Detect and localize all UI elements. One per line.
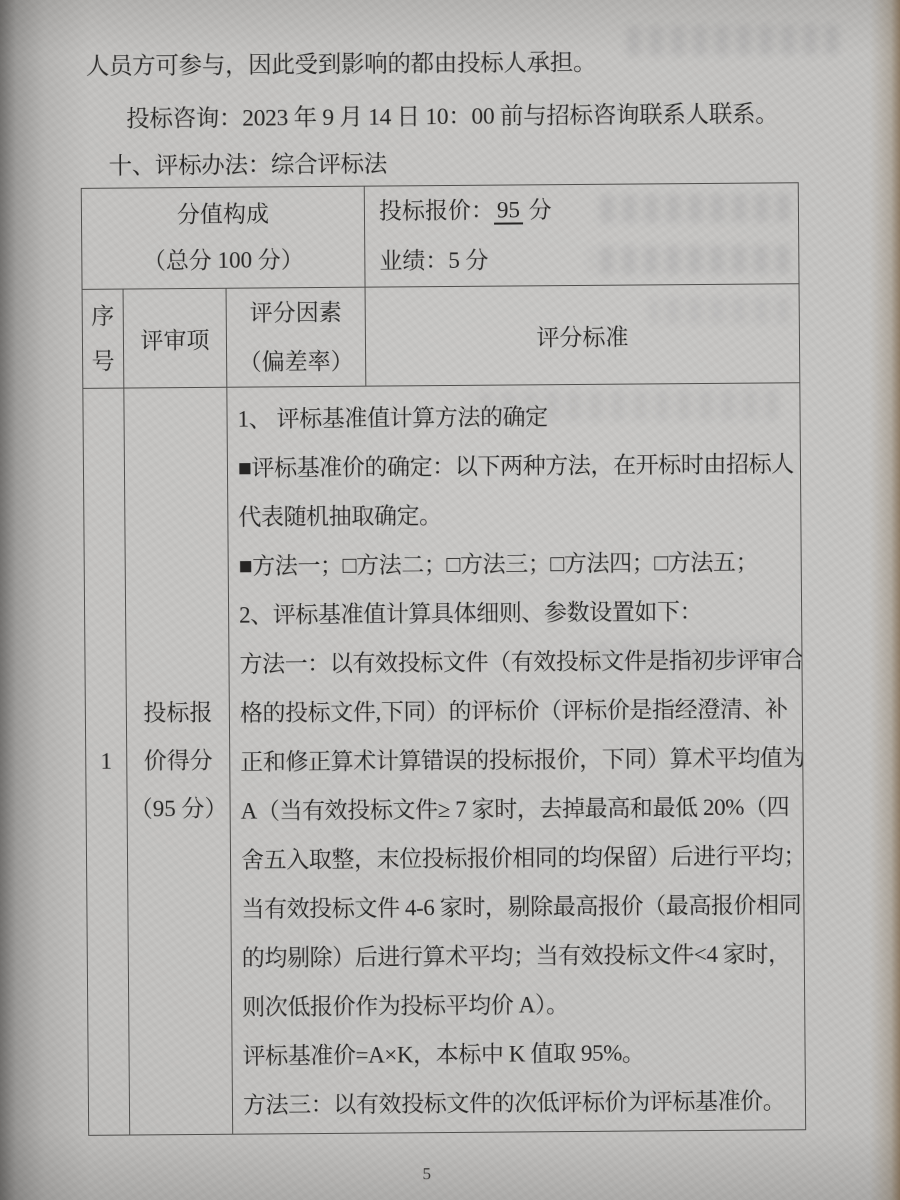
scanned-photo: 人员方可参与，因此受到影响的都由投标人承担。 投标咨询：2023 年 9 月 1… xyxy=(0,0,900,1200)
cell-score-composition: 分值构成 （总分 100 分） xyxy=(81,186,365,289)
standard-line: 舍五入取整，末位投标报价相同的均保留）后进行平均； xyxy=(241,831,797,884)
price-score-line: 投标报价：95 分 xyxy=(379,183,798,236)
document-page: 人员方可参与，因此受到影响的都由投标人承担。 投标咨询：2023 年 9 月 1… xyxy=(0,0,900,1200)
price-score-value-underlined: 95 xyxy=(494,197,523,224)
standard-line: 的均剔除）后进行算术平均；当有效投标文件<4 家时， xyxy=(242,929,798,982)
standard-line: 方法三：以有效投标文件的次低评标价为评标基准价。 xyxy=(243,1076,799,1129)
paragraph-bid-consultation: 投标咨询：2023 年 9 月 14 日 10：00 前与招标咨询联系人联系。 xyxy=(126,94,778,133)
header-cell-scoring-factor: 评分因素 （偏差率） xyxy=(226,287,366,387)
section-heading-evaluation-method: 十、评标办法：综合评标法 xyxy=(108,144,387,180)
table-row-score-composition: 分值构成 （总分 100 分） 投标报价：95 分 业绩：5 分 xyxy=(81,183,799,290)
standard-line: 当有效投标文件 4-6 家时，剔除最高报价（最高报价相同 xyxy=(241,880,797,933)
header-serial-line2: 号 xyxy=(83,339,123,384)
score-composition-title: 分值构成 xyxy=(82,191,364,239)
standard-line: 1、 评标基准值计算方法的确定 xyxy=(237,390,793,443)
standard-line: 正和修正算术计算错误的投标报价，下同）算术平均值为 xyxy=(240,733,796,786)
cell-scoring-standard-text: 1、 评标基准值计算方法的确定 ■评标基准价的确定：以下两种方法，在开标时由招标… xyxy=(227,383,806,1134)
review-item-line3: （95 分） xyxy=(127,785,229,834)
cell-score-values: 投标报价：95 分 业绩：5 分 xyxy=(364,183,799,287)
performance-score-line: 业绩：5 分 xyxy=(379,233,798,286)
standard-line: 方法一：以有效投标文件（有效投标文件是指初步评审合 xyxy=(239,635,795,688)
price-score-label: 投标报价： xyxy=(379,198,494,224)
bleed-through-smudge xyxy=(624,25,839,57)
price-score-unit: 分 xyxy=(523,197,552,222)
evaluation-criteria-table: 分值构成 （总分 100 分） 投标报价：95 分 业绩：5 分 序 号 评审项 xyxy=(81,182,806,1136)
standard-line: ■方法一；□方法二；□方法三；□方法四；□方法五； xyxy=(239,537,795,590)
header-cell-serial-no: 序 号 xyxy=(82,289,124,388)
cell-review-item: 投标报 价得分 （95 分） xyxy=(124,387,233,1135)
review-item-line2: 价得分 xyxy=(127,737,229,786)
standard-line: 2、评标基准值计算具体细则、参数设置如下： xyxy=(239,586,795,639)
header-cell-scoring-standard: 评分标准 xyxy=(365,284,800,386)
header-cell-review-item: 评审项 xyxy=(123,288,227,388)
table-row-price-score: 1 投标报 价得分 （95 分） 1、 评标基准值计算方法的确定 ■评标基准价的… xyxy=(83,383,806,1136)
header-factor-line1: 评分因素 xyxy=(227,288,365,338)
standard-line: 则次低报价作为投标平均价 A）。 xyxy=(242,978,798,1031)
page-number: 5 xyxy=(422,1164,432,1184)
standard-line: A（当有效投标文件≥ 7 家时，去掉最高和最低 20%（四 xyxy=(240,782,796,835)
standard-line: ■评标基准价的确定：以下两种方法，在开标时由招标人 xyxy=(238,439,794,492)
table-header-row: 序 号 评审项 评分因素 （偏差率） 评分标准 xyxy=(82,284,800,389)
paragraph-liability: 人员方可参与，因此受到影响的都由投标人承担。 xyxy=(86,43,597,81)
score-composition-subtitle: （总分 100 分） xyxy=(82,237,364,285)
standard-line: 代表随机抽取确定。 xyxy=(238,488,794,541)
header-factor-line2: （偏差率） xyxy=(227,337,365,387)
header-serial-line1: 序 xyxy=(83,294,123,339)
standard-line: 格的投标文件,下同）的评标价（评标价是指经澄清、补 xyxy=(240,684,796,737)
review-item-line1: 投标报 xyxy=(127,689,229,738)
cell-serial-number: 1 xyxy=(83,388,130,1135)
standard-line: 评标基准价=A×K，本标中 K 值取 95%。 xyxy=(242,1027,798,1080)
